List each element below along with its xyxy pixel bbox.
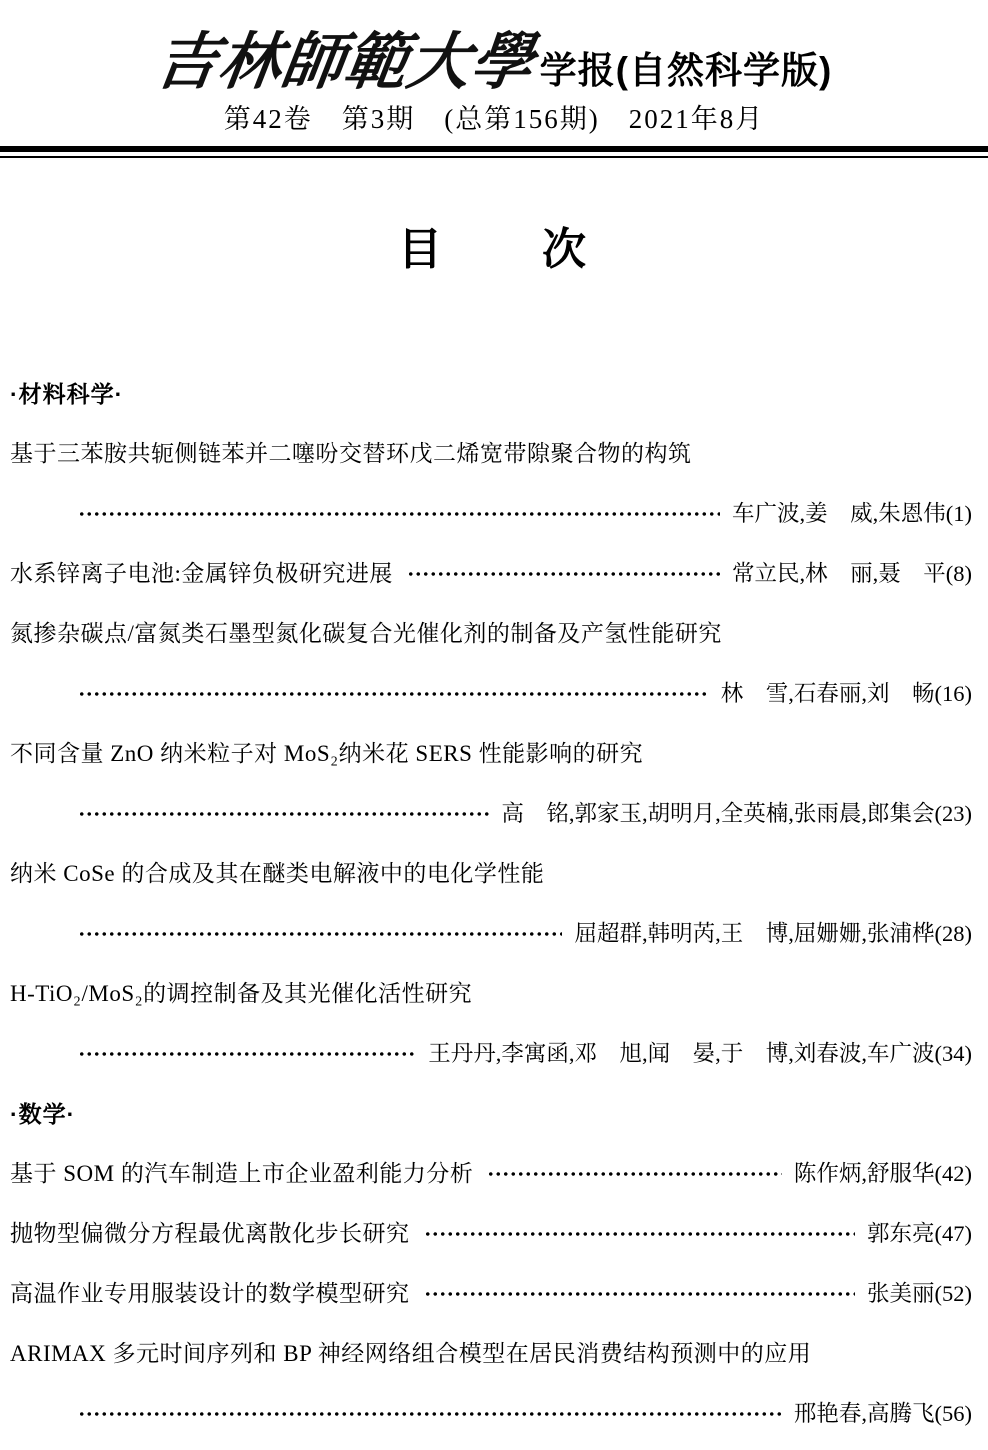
entry-authors: 郭东亮 — [867, 1218, 935, 1250]
toc-entry: 高温作业专用服装设计的数学模型研究 张美丽(52) — [10, 1278, 972, 1310]
article-title: 纳米 CoSe 的合成及其在醚类电解液中的电化学性能 — [10, 858, 972, 890]
toc-entry: 水系锌离子电池:金属锌负极研究进展 常立民,林 丽,聂 平(8) — [10, 558, 972, 590]
toc-entry: ARIMAX 多元时间序列和 BP 神经网络组合模型在居民消费结构预测中的应用 … — [10, 1338, 972, 1430]
entry-page-number: (16) — [935, 678, 973, 710]
entry-page-number: (8) — [946, 558, 972, 590]
journal-subtitle: 学报(自然科学版) — [540, 51, 833, 96]
dotted-leader — [407, 558, 720, 590]
issue-info-line: 第42卷 第3期 (总第156期) 2021年8月 — [0, 102, 988, 136]
dotted-leader — [78, 918, 562, 950]
article-title: 高温作业专用服装设计的数学模型研究 — [10, 1278, 410, 1310]
dotted-leader — [487, 1158, 782, 1190]
toc-entry: 抛物型偏微分方程最优离散化步长研究 郭东亮(47) — [10, 1218, 972, 1250]
entry-page-number: (23) — [935, 798, 973, 830]
toc-body: ·材料科学· 基于三苯胺共轭侧链苯并二噻吩交替环戊二烯宽带隙聚合物的构筑 车广波… — [0, 378, 988, 1430]
author-line: 车广波,姜 威,朱恩伟(1) — [10, 498, 972, 530]
article-title: 抛物型偏微分方程最优离散化步长研究 — [10, 1218, 410, 1250]
entry-page-number: (52) — [935, 1278, 973, 1310]
article-title: 水系锌离子电池:金属锌负极研究进展 — [10, 558, 393, 590]
section-label-mathematics: ·数学· — [10, 1098, 972, 1130]
entry-authors: 屈超群,韩明芮,王 博,屈姗姗,张浦桦 — [574, 918, 934, 950]
entry-page-number: (56) — [935, 1398, 973, 1430]
entry-page-number: (34) — [935, 1038, 973, 1070]
university-logo-calligraphy: 吉林師範大學 — [151, 28, 539, 96]
entry-authors: 邢艳春,高腾飞 — [794, 1398, 935, 1430]
article-title: ARIMAX 多元时间序列和 BP 神经网络组合模型在居民消费结构预测中的应用 — [10, 1338, 972, 1370]
article-title: 基于 SOM 的汽车制造上市企业盈利能力分析 — [10, 1158, 473, 1190]
entry-authors: 林 雪,石春丽,刘 畅 — [721, 678, 935, 710]
author-line: 王丹丹,李寓函,邓 旭,闻 晏,于 博,刘春波,车广波(34) — [10, 1038, 972, 1070]
dotted-leader — [78, 1038, 416, 1070]
author-line: 林 雪,石春丽,刘 畅(16) — [10, 678, 972, 710]
article-title: 氮掺杂碳点/富氮类石墨型氮化碳复合光催化剂的制备及产氢性能研究 — [10, 618, 972, 650]
entry-page-number: (28) — [935, 918, 973, 950]
entry-authors: 常立民,林 丽,聂 平 — [732, 558, 946, 590]
divider-thin-rule — [0, 156, 988, 158]
article-title: H-TiO₂/MoS₂的调控制备及其光催化活性研究 — [10, 978, 972, 1010]
entry-page-number: (1) — [946, 498, 972, 530]
journal-toc-page: 吉林師範大學 学报(自然科学版) 第42卷 第3期 (总第156期) 2021年… — [0, 0, 988, 1450]
toc-entry: 不同含量 ZnO 纳米粒子对 MoS₂纳米花 SERS 性能影响的研究 高 铭,… — [10, 738, 972, 830]
toc-entry: 氮掺杂碳点/富氮类石墨型氮化碳复合光催化剂的制备及产氢性能研究 林 雪,石春丽,… — [10, 618, 972, 710]
author-line: 邢艳春,高腾飞(56) — [10, 1398, 972, 1430]
journal-masthead: 吉林師範大學 学报(自然科学版) — [0, 0, 988, 96]
entry-line: 抛物型偏微分方程最优离散化步长研究 郭东亮(47) — [10, 1218, 972, 1250]
dotted-leader — [78, 798, 489, 830]
entry-line: 高温作业专用服装设计的数学模型研究 张美丽(52) — [10, 1278, 972, 1310]
author-line: 屈超群,韩明芮,王 博,屈姗姗,张浦桦(28) — [10, 918, 972, 950]
article-title: 基于三苯胺共轭侧链苯并二噻吩交替环戊二烯宽带隙聚合物的构筑 — [10, 438, 972, 470]
dotted-leader — [424, 1278, 855, 1310]
dotted-leader — [78, 678, 709, 710]
entry-authors: 张美丽 — [867, 1278, 935, 1310]
toc-title: 目 次 — [0, 222, 988, 278]
toc-entry: 纳米 CoSe 的合成及其在醚类电解液中的电化学性能 屈超群,韩明芮,王 博,屈… — [10, 858, 972, 950]
entry-authors: 陈作炳,舒服华 — [794, 1158, 935, 1190]
author-line: 高 铭,郭家玉,胡明月,全英楠,张雨晨,郎集会(23) — [10, 798, 972, 830]
entry-page-number: (47) — [935, 1218, 973, 1250]
entry-page-number: (42) — [935, 1158, 973, 1190]
toc-entry: 基于三苯胺共轭侧链苯并二噻吩交替环戊二烯宽带隙聚合物的构筑 车广波,姜 威,朱恩… — [10, 438, 972, 530]
entry-authors: 高 铭,郭家玉,胡明月,全英楠,张雨晨,郎集会 — [501, 798, 934, 830]
toc-entry: H-TiO₂/MoS₂的调控制备及其光催化活性研究 王丹丹,李寓函,邓 旭,闻 … — [10, 978, 972, 1070]
divider-thick-rule — [0, 146, 988, 152]
entry-authors: 车广波,姜 威,朱恩伟 — [732, 498, 946, 530]
dotted-leader — [424, 1218, 855, 1250]
section-label-materials-science: ·材料科学· — [10, 378, 972, 410]
dotted-leader — [78, 498, 720, 530]
dotted-leader — [78, 1398, 782, 1430]
entry-line: 水系锌离子电池:金属锌负极研究进展 常立民,林 丽,聂 平(8) — [10, 558, 972, 590]
entry-line: 基于 SOM 的汽车制造上市企业盈利能力分析 陈作炳,舒服华(42) — [10, 1158, 972, 1190]
entry-authors: 王丹丹,李寓函,邓 旭,闻 晏,于 博,刘春波,车广波 — [428, 1038, 934, 1070]
article-title: 不同含量 ZnO 纳米粒子对 MoS₂纳米花 SERS 性能影响的研究 — [10, 738, 972, 770]
toc-entry: 基于 SOM 的汽车制造上市企业盈利能力分析 陈作炳,舒服华(42) — [10, 1158, 972, 1190]
